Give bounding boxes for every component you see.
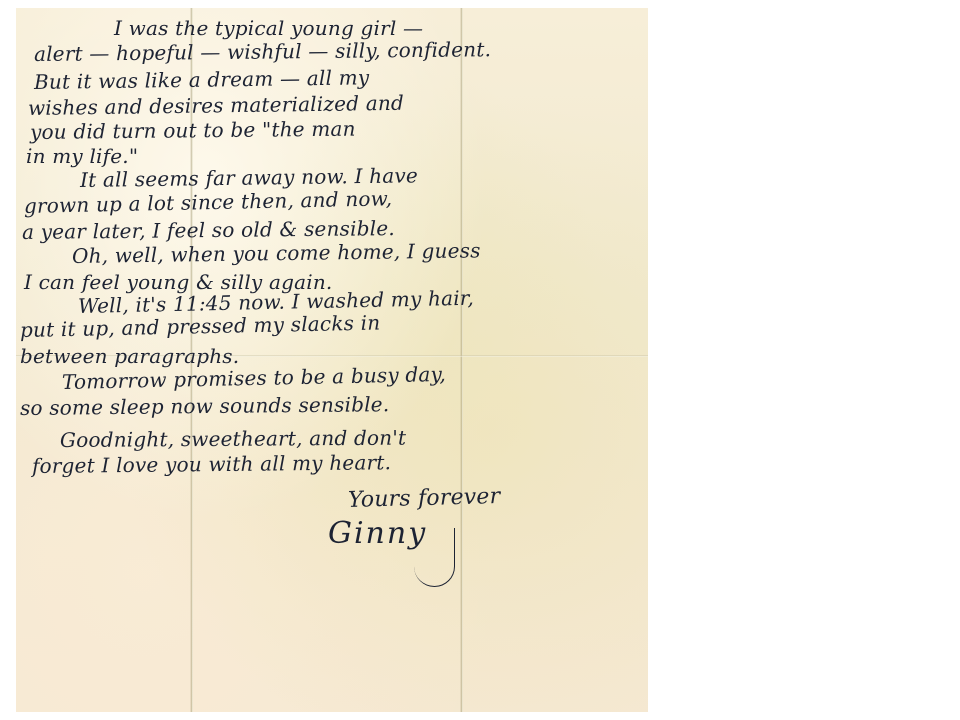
- letter-line: I was the typical young girl —: [114, 16, 423, 40]
- canvas: I was the typical young girl — alert — h…: [0, 0, 960, 720]
- letter-line: you did turn out to be "the man: [30, 117, 356, 144]
- letter-line: grown up a lot since then, and now,: [24, 186, 393, 218]
- letter-line: forget I love you with all my heart.: [32, 450, 391, 478]
- letter-signature: Ginny: [328, 516, 427, 551]
- letter-line: wishes and desires materialized and: [28, 91, 404, 120]
- letter-line: so some sleep now sounds sensible.: [20, 392, 390, 420]
- letter-line: Oh, well, when you come home, I guess: [72, 238, 481, 268]
- handwritten-letter: I was the typical young girl — alert — h…: [16, 8, 648, 712]
- letter-line: put it up, and pressed my slacks in: [20, 310, 381, 342]
- letter-closing: Yours forever: [348, 484, 501, 513]
- letter-line: alert — hopeful — wishful — silly, confi…: [34, 37, 491, 66]
- letter-line: Goodnight, sweetheart, and don't: [60, 426, 406, 452]
- letter-line: in my life.": [26, 144, 138, 168]
- signature-flourish: [414, 528, 455, 587]
- letter-paper: I was the typical young girl — alert — h…: [16, 8, 648, 712]
- letter-line: But it was like a dream — all my: [34, 65, 370, 94]
- letter-line: between paragraphs.: [20, 344, 239, 368]
